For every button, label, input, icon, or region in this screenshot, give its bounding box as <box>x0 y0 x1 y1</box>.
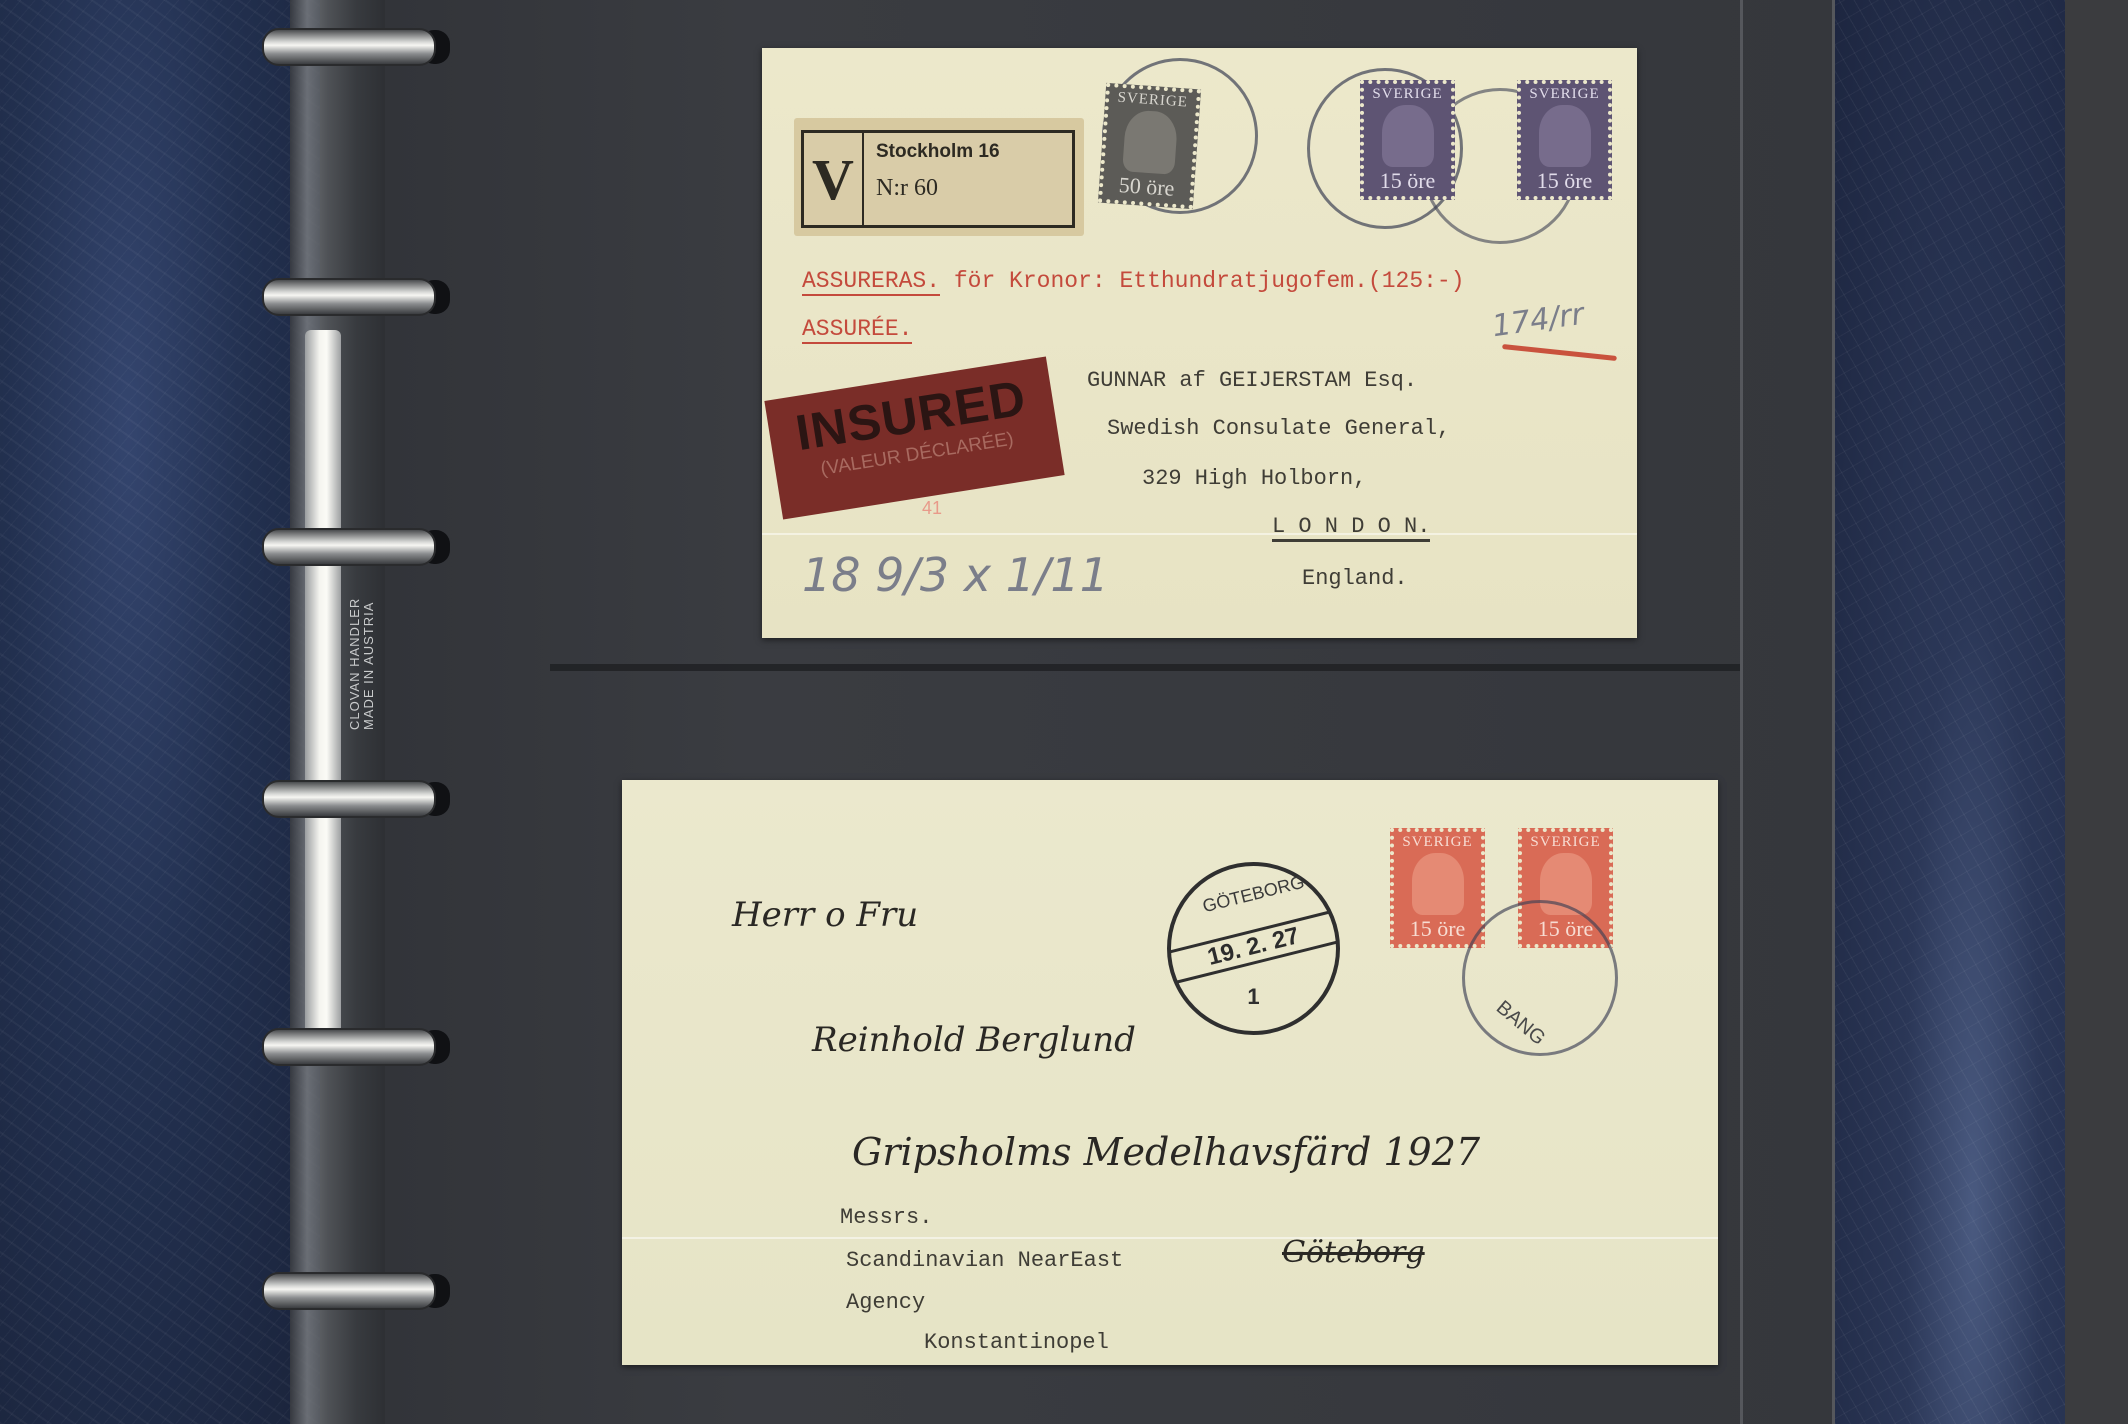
postmark-number: 1 <box>1171 984 1336 1010</box>
cover-insured-registered: V Stockholm 16 N:r 60 SVERIGE 50 öre SVE… <box>762 48 1637 638</box>
assuree-text: ASSURÉE. <box>802 316 912 342</box>
binder-ring <box>262 1272 436 1310</box>
stamp-country: SVERIGE <box>1117 90 1188 112</box>
stamp-15-ore: SVERIGE 15 öre <box>1390 828 1485 948</box>
king-portrait-icon <box>1122 109 1178 174</box>
insurance-declaration: ASSURERAS. för Kronor: Etthundratjugofem… <box>802 268 1465 294</box>
cover-goteborg: SVERIGE 15 öre SVERIGE 15 öre BANG GÖTEB… <box>622 780 1718 1365</box>
binder-ring <box>262 780 436 818</box>
page-edge <box>1740 0 1743 1424</box>
stamp-country: SVERIGE <box>1529 86 1599 103</box>
goteborg-postmark: GÖTEBORG 19. 2. 27 1 <box>1167 862 1340 1035</box>
fold-line <box>762 533 1637 535</box>
page-strip-divider <box>550 664 1740 671</box>
registration-label: V Stockholm 16 N:r 60 <box>794 118 1084 236</box>
registration-office: Stockholm 16 <box>876 141 1000 163</box>
stamp-country: SVERIGE <box>1530 834 1600 851</box>
handwritten-voyage: Gripsholms Medelhavsfärd 1927 <box>852 1130 1480 1174</box>
fold-line <box>622 1237 1718 1239</box>
binder-ring <box>262 1028 436 1066</box>
address-line: 329 High Holborn, <box>1142 466 1366 491</box>
pencil-note: 18 9/3 x 1/11 <box>802 548 1109 602</box>
binder-cover-right <box>1835 0 2065 1424</box>
typed-address-line: Konstantinopel <box>924 1330 1109 1355</box>
binder-ring <box>262 528 436 566</box>
registration-letter: V <box>804 133 864 225</box>
assuree-label: ASSURÉE. <box>802 316 912 344</box>
stamp-country: SVERIGE <box>1372 86 1442 103</box>
address-line: GUNNAR af GEIJERSTAM Esq. <box>1087 368 1417 393</box>
postmark-date: 19. 2. 27 <box>1169 911 1337 984</box>
binder-cover-left <box>0 0 320 1424</box>
typed-address-line: Messrs. <box>840 1205 932 1230</box>
ring-mechanism-highlight <box>305 330 341 1050</box>
stamp-50-ore: SVERIGE 50 öre <box>1098 83 1201 209</box>
stamp-15-ore: SVERIGE 15 öre <box>1517 80 1612 200</box>
stamp-value: 15 öre <box>1410 916 1466 942</box>
address-city: L O N D O N. <box>1272 514 1430 542</box>
typed-address-line: Scandinavian NearEast <box>846 1248 1123 1273</box>
brand-line1: CLOVAN HANDLER <box>347 598 362 730</box>
handwritten-crossed-city: Göteborg <box>1282 1235 1425 1270</box>
handwritten-name: Reinhold Berglund <box>812 1020 1136 1060</box>
background-surface <box>2065 0 2128 1424</box>
stamp-value: 50 öre <box>1118 172 1175 202</box>
insured-label: INSURED (VALEUR DÉCLARÉE) <box>764 356 1064 519</box>
binder-brand-mark: CLOVAN HANDLER MADE IN AUSTRIA <box>348 590 388 730</box>
red-mark: 41 <box>922 498 942 519</box>
red-pencil-line <box>1502 344 1617 361</box>
binder-ring <box>262 278 436 316</box>
handwritten-salutation: Herr o Fru <box>732 895 918 935</box>
stamp-15-ore: SVERIGE 15 öre <box>1360 80 1455 200</box>
assureras-text: ASSURERAS. <box>802 268 940 296</box>
insurance-amount-text: för Kronor: Etthundratjugofem.(125:-) <box>954 268 1465 294</box>
address-country: England. <box>1302 566 1408 591</box>
king-portrait-icon <box>1412 853 1464 915</box>
stamp-value: 15 öre <box>1537 168 1593 194</box>
binder-ring <box>262 28 436 66</box>
stamp-value: 15 öre <box>1380 168 1436 194</box>
typed-address-line: Agency <box>846 1290 925 1315</box>
address-line: Swedish Consulate General, <box>1107 416 1450 441</box>
king-portrait-icon <box>1382 105 1434 167</box>
stamp-country: SVERIGE <box>1402 834 1472 851</box>
brand-line2: MADE IN AUSTRIA <box>361 602 376 730</box>
registration-number: N:r 60 <box>876 175 1000 202</box>
pencil-note: 174/rr <box>1490 297 1586 344</box>
king-portrait-icon <box>1539 105 1591 167</box>
